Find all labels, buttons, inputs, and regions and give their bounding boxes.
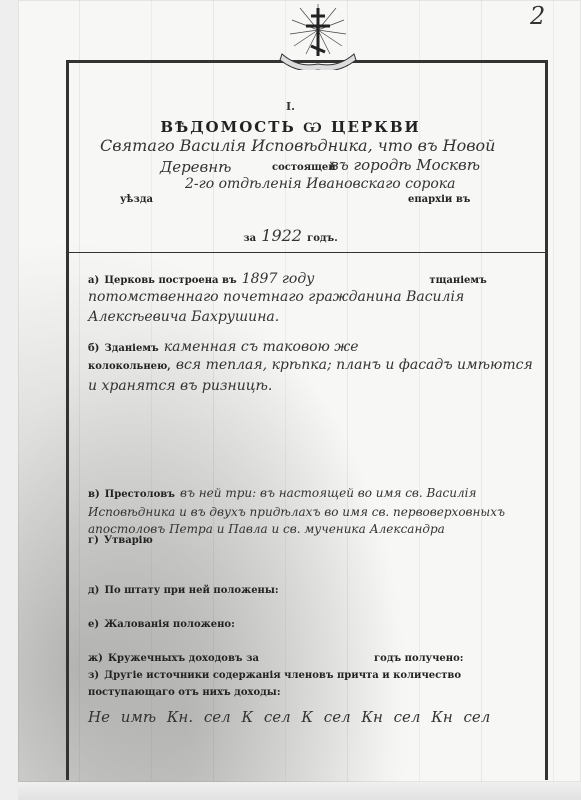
item-label-2: колокольнею, xyxy=(88,361,171,372)
item-zh-collections: ж) Кружечныхъ доходовъ за годъ получено: xyxy=(88,646,538,665)
item-marker: з) xyxy=(88,670,99,681)
item-a-construction: а) Церковь построена въ 1897 году тщаніе… xyxy=(88,268,538,327)
item-label: Другіе источники содержанія членовъ прич… xyxy=(88,670,461,698)
handwritten-district: 2-го отдѣленія Ивановскаго сорока xyxy=(185,176,456,192)
item-handwritten-value-2: потомственнаго почетнаго гражданина Васи… xyxy=(88,287,528,327)
item-marker: б) xyxy=(88,343,99,354)
orthodox-cross-emblem-icon xyxy=(278,2,358,70)
handwritten-church-name: Святаго Василія Исповѣдника, что въ Ново… xyxy=(100,136,495,155)
item-marker: в) xyxy=(88,489,100,500)
handwritten-city: въ городѣ Москвѣ xyxy=(330,156,480,174)
item-handwritten-value: 1897 году xyxy=(242,271,315,287)
printed-label-eparchy: епархіи въ xyxy=(408,194,470,205)
item-label: Зданіемъ xyxy=(105,343,159,354)
year-prefix: за xyxy=(243,233,256,244)
item-label: Церковь построена въ xyxy=(104,275,236,286)
printed-label-uezd: уѣзда xyxy=(120,194,153,205)
item-label: Утварію xyxy=(104,535,153,546)
document-title: ВѢДОМОСТЬ Ѡ ЦЕРКВИ xyxy=(0,118,581,137)
item-label: По штату при ней положены: xyxy=(105,585,279,596)
item-marker: г) xyxy=(88,535,99,546)
item-b-building: б) Зданіемъ каменная съ таковою же колок… xyxy=(88,336,538,395)
year-suffix: годъ. xyxy=(307,233,338,244)
item-label: Жалованія положено: xyxy=(104,619,235,630)
item-marker: д) xyxy=(88,585,99,596)
item-d-staff: д) По штату при ней положены: xyxy=(88,578,538,597)
header-divider xyxy=(69,252,545,253)
item-marker: а) xyxy=(88,275,99,286)
printed-label-located: состоящей xyxy=(272,162,336,173)
report-year-line: за 1922 годъ. xyxy=(0,226,581,245)
item-handwritten-value: Не имѣ Кн. сел К сел К сел Кн сел Кн сел xyxy=(88,710,538,724)
item-e-salary: е) Жалованія положено: xyxy=(88,612,538,631)
page-number: 2 xyxy=(530,2,545,30)
year-value: 1922 xyxy=(261,226,302,245)
item-label-2: тщаніемъ xyxy=(429,275,486,286)
item-g-utensils: г) Утварію xyxy=(88,528,538,547)
item-z-other-income: з) Другіе источники содержанія членовъ п… xyxy=(88,666,538,724)
item-handwritten-value: каменная съ таковою же xyxy=(164,339,359,355)
item-label-2: годъ получено: xyxy=(374,653,463,664)
handwritten-location: Деревнѣ xyxy=(160,158,231,176)
item-label: Престоловъ xyxy=(105,489,175,500)
item-marker: е) xyxy=(88,619,99,630)
item-label: Кружечныхъ доходовъ за xyxy=(108,653,259,664)
section-numeral: I. xyxy=(0,100,581,113)
